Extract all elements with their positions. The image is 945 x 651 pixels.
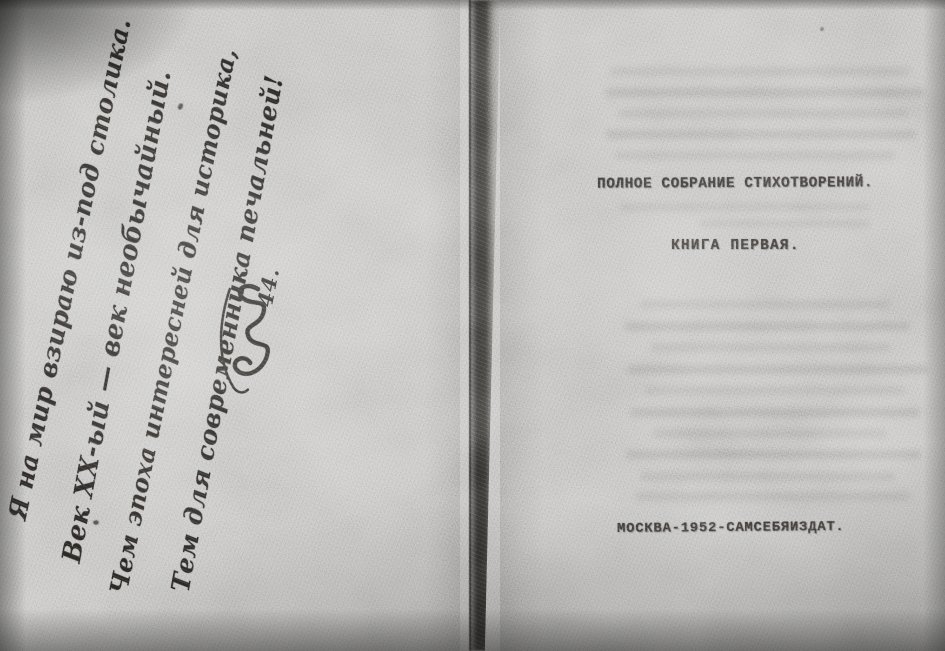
ghost-text-line — [645, 386, 905, 395]
ghost-text-line — [618, 109, 908, 118]
title-line: ПОЛНОЕ СОБРАНИЕ СТИХОТВОРЕНИЙ. — [597, 175, 873, 192]
ghost-text-line — [640, 300, 890, 309]
ghost-text-line — [630, 408, 920, 417]
author-signature — [195, 273, 315, 404]
ghost-text-line — [650, 343, 890, 352]
right-page: Николай Иванович Глазков. ПОЛНОЕ СОБРАНИ… — [497, 0, 945, 651]
ghost-text-line — [605, 88, 925, 97]
book-number-line: КНИГА ПЕРВАЯ. — [671, 238, 800, 254]
ghost-text-line — [640, 472, 895, 481]
ghost-text-line — [635, 492, 910, 501]
ghost-text-line — [628, 365, 928, 374]
handwritten-inscription: Я на мир взираю из-под столика. Век ХХ-ы… — [0, 81, 372, 600]
ghost-text-line — [700, 220, 870, 227]
ghost-text-line — [625, 322, 910, 331]
ghost-text-line — [615, 151, 895, 160]
ghost-text-line — [610, 67, 910, 76]
ghost-text-line — [626, 450, 921, 459]
ghost-text-line — [606, 130, 916, 139]
samizdat-book-photo: Я на мир взираю из-под столика. Век ХХ-ы… — [0, 0, 945, 651]
spine-crease-line — [469, 0, 471, 651]
imprint-line: МОСКВА-1952-САМСЕБЯИЗДАТ. — [617, 519, 845, 537]
left-page: Я на мир взираю из-под столика. Век ХХ-ы… — [0, 0, 462, 651]
ink-speck — [820, 27, 824, 31]
ghost-text-line — [652, 429, 887, 438]
ghost-text-line — [620, 203, 870, 211]
